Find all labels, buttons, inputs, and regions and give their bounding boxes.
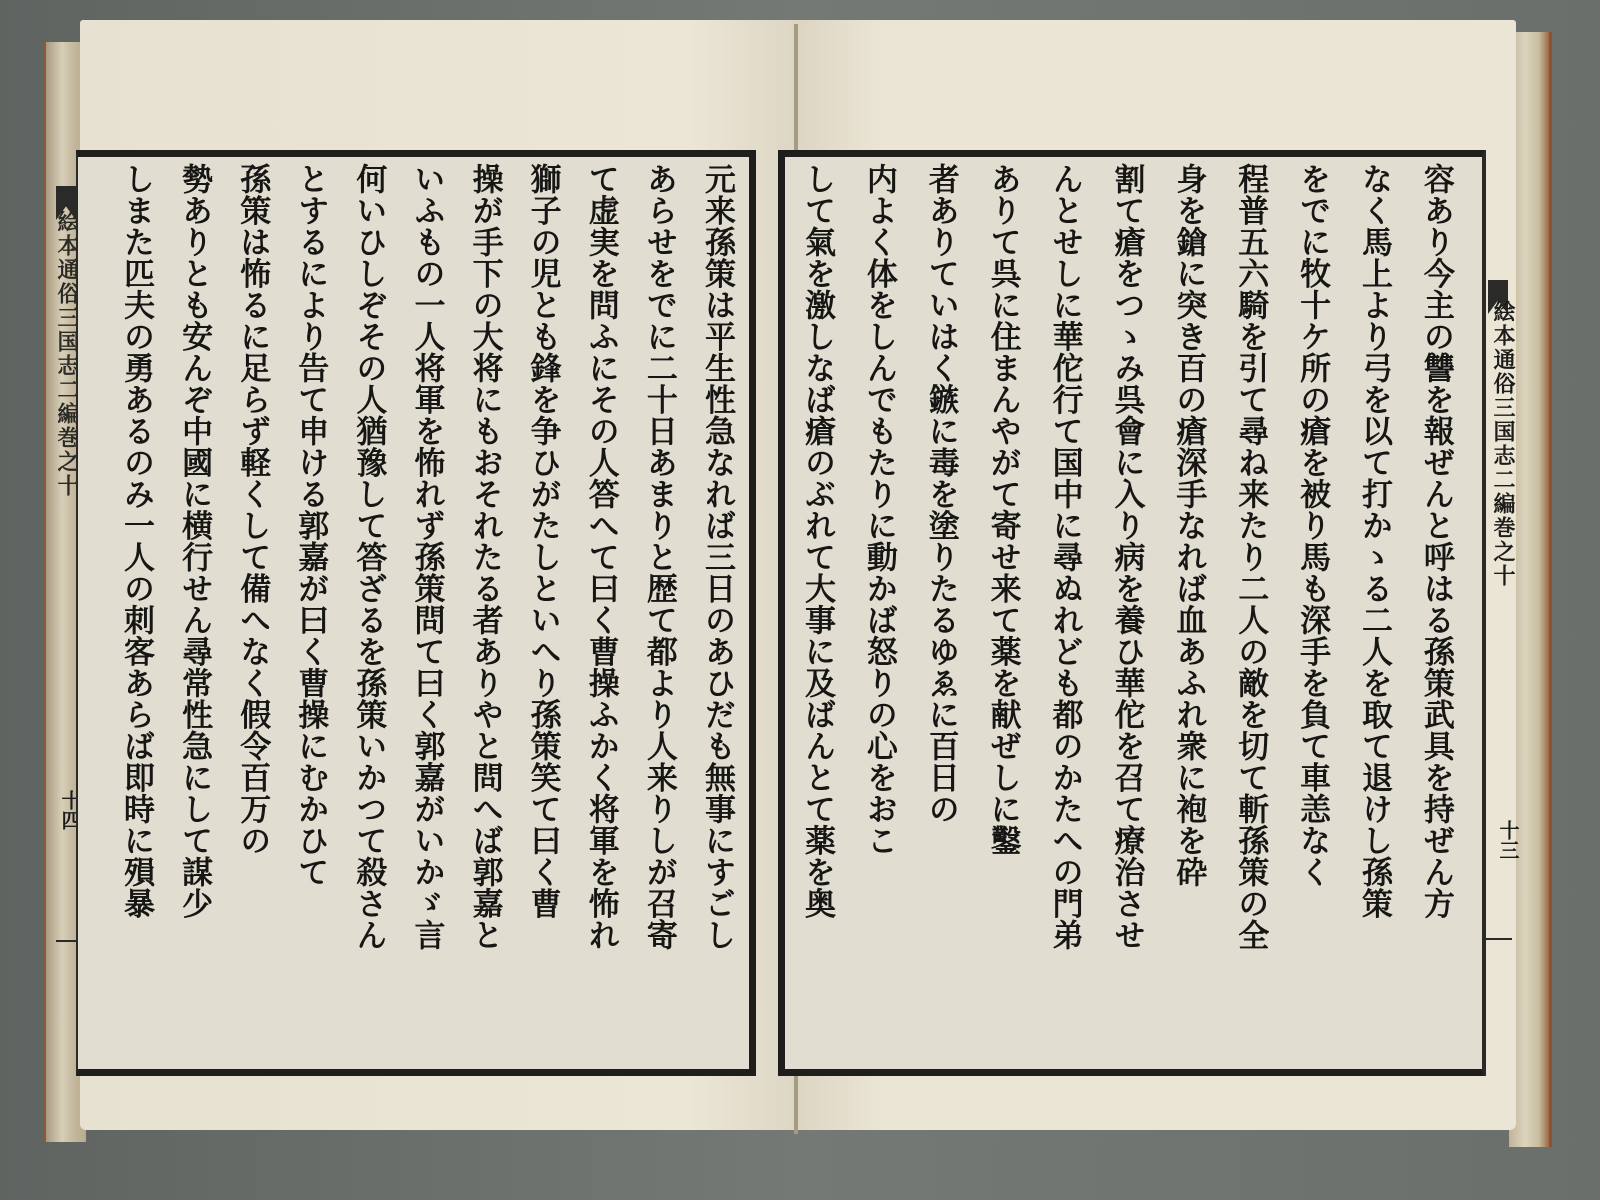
text-column: 元来孫策は平生性急なれば三日のあひだも無事にすごし — [693, 163, 741, 1063]
text-column: 者ありていはく鏃に毒を塗りたるゆゑに百日の — [917, 163, 965, 1063]
text-column: 操が手下の大将にもおそれたる者ありやと問へば郭嘉と — [461, 163, 509, 1063]
text-column: 孫策は怖るに足らず軽くして備へなく假令百万の — [228, 163, 276, 1063]
text-column: 内よく体をしんでもたりに動かば怒りの心をおこ — [855, 163, 903, 1063]
left-text-block: 元来孫策は平生性急なれば三日のあひだも無事にすごし あらせをでに二十日あまりと歴… — [76, 150, 756, 1076]
text-column: とするにより告て申ける郭嘉が曰く曹操にむかひて — [286, 163, 334, 1063]
text-column: して氣を激しなば瘡のぶれて大事に及ばんとて薬を奥 — [793, 163, 841, 1063]
text-column: いふもの一人将軍を怖れず孫策問て曰く郭嘉がいかゞ言 — [402, 163, 450, 1063]
text-column: て虚実を問ふにその人答へて曰く曹操ふかく将軍を怖れ — [577, 163, 625, 1063]
text-column: 身を鎗に突き百の瘡深手なれば血あふれ衆に袍を砕 — [1164, 163, 1212, 1063]
text-column: 勢ありとも安んぞ中國に横行せん尋常性急にして謀少 — [170, 163, 218, 1063]
text-column: 割て瘡をつゝみ呉會に入り病を養ひ華佗を召て療治させ — [1102, 163, 1150, 1063]
text-column: あらせをでに二十日あまりと歴て都より人来りしが召寄 — [635, 163, 683, 1063]
text-column: 何いひしぞその人猶豫して答ざるを孫策いかつて殺さん — [344, 163, 392, 1063]
text-column: しまた匹夫の勇あるのみ一人の刺客あらば即時に殞暴 — [112, 163, 160, 1063]
right-folio: 十三 — [1494, 820, 1523, 860]
text-column: なく馬上より弓を以て打かゝる二人を取て退けし孫策 — [1350, 163, 1398, 1063]
text-column: 獅子の児とも鋒を争ひがたしといへり孫策笑て曰く曹 — [519, 163, 567, 1063]
text-column: 程普五六騎を引て尋ね来たり二人の敵を切て斬孫策の全 — [1226, 163, 1274, 1063]
text-column: ありて呉に住まんやがて寄せ来て薬を献ぜしに鑿 — [979, 163, 1027, 1063]
text-column: んとせしに華佗行て国中に尋ぬれども都のかたへの門弟 — [1041, 163, 1089, 1063]
text-column: をでに牧十ケ所の瘡を被り馬も深手を負て車恙なく — [1288, 163, 1336, 1063]
text-column: 容あり今主の讐を報ぜんと呼はる孫策武具を持ぜん方 — [1412, 163, 1460, 1063]
right-text-block: 容あり今主の讐を報ぜんと呼はる孫策武具を持ぜん方 なく馬上より弓を以て打かゝる二… — [778, 150, 1484, 1076]
right-margin-tick — [1484, 938, 1512, 940]
right-margin-title: 絵本通俗三国志二編巻之十 — [1488, 300, 1519, 588]
